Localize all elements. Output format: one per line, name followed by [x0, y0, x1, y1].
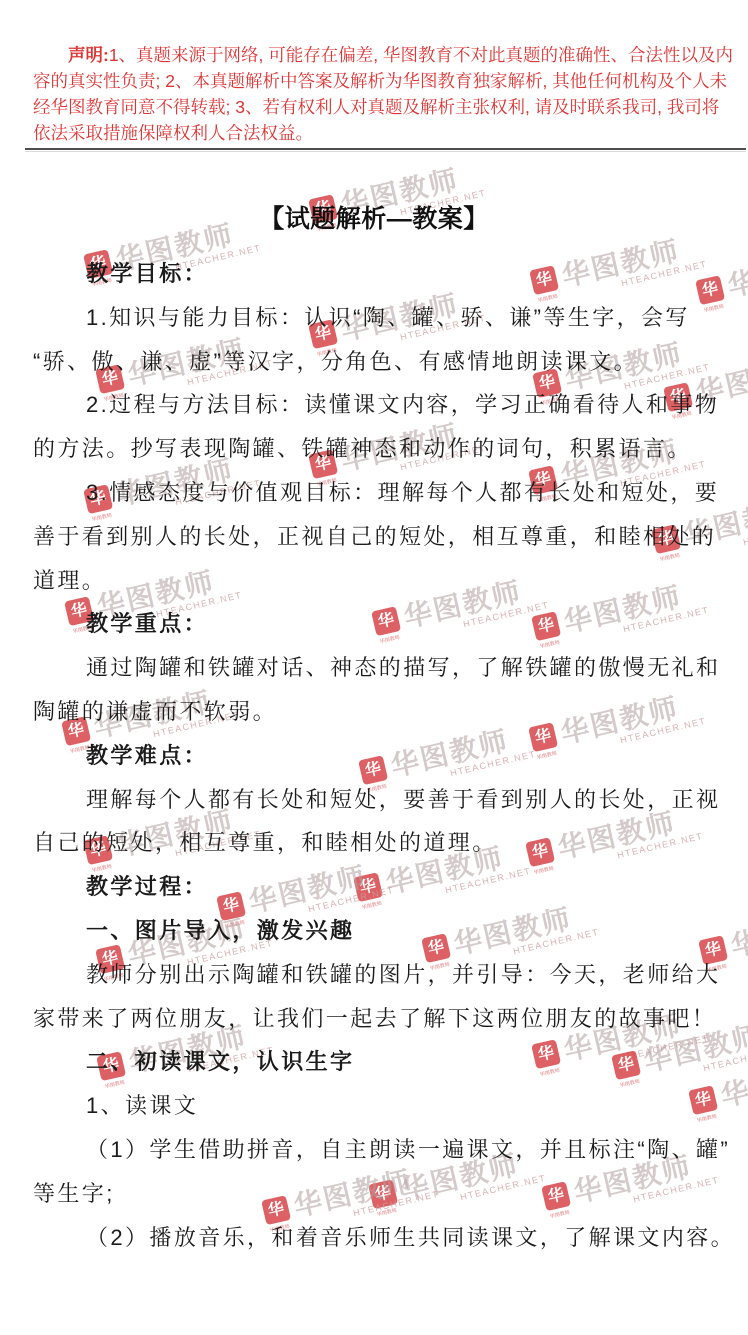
document-page: 华华图教师华图教师HTEACHER.NET华华图教师华图教师HTEACHER.N…: [0, 0, 748, 1335]
section-heading-line: 教学目标：: [33, 252, 748, 296]
document-content: 声明:1、真题来源于网络, 可能存在偏差, 华图教育不对此真题的准确性、合法性以…: [0, 42, 748, 1259]
body-text-line: 自己的短处，相互尊重，和睦相处的道理。: [33, 821, 748, 865]
body-text-line: （1）学生借助拼音，自主朗读一遍课文，并且标注“陶、罐”: [33, 1128, 748, 1172]
disclaimer-text: 1、真题来源于网络, 可能存在偏差, 华图教育不对此真题的准确性、合法性以及内: [109, 45, 733, 65]
body-text-line: 1.知识与能力目标：认识“陶、罐、骄、谦”等生字，会写: [33, 296, 748, 340]
disclaimer-line: 容的真实性负责; 2、本真题解析中答案及解析为华图教育独家解析, 其他任何机构及…: [33, 68, 744, 94]
body-text-line: 3.情感态度与价值观目标：理解每个人都有长处和短处，要: [33, 471, 748, 515]
body-text-line: 等生字;: [33, 1172, 748, 1216]
header-divider: [25, 148, 746, 152]
page-title: 【试题解析—教案】: [0, 203, 748, 235]
body-text-line: （2）播放音乐，和着音乐师生共同读课文，了解课文内容。: [33, 1216, 748, 1260]
section-heading-line: 二、初读课文，认识生字: [33, 1040, 748, 1084]
body-text-line: 教师分别出示陶罐和铁罐的图片，并引导：今天，老师给大: [33, 953, 748, 997]
disclaimer-line: 经华图教育同意不得转载; 3、若有权利人对真题及解析主张权利, 请及时联系我司,…: [33, 94, 744, 120]
body-text-line: 道理。: [33, 559, 748, 603]
body-text-line: 理解每个人都有长处和短处，要善于看到别人的长处，正视: [33, 778, 748, 822]
section-heading-line: 教学难点：: [33, 734, 748, 778]
disclaimer-notice: 声明:1、真题来源于网络, 可能存在偏差, 华图教育不对此真题的准确性、合法性以…: [33, 42, 744, 146]
body-text-line: 1、读课文: [33, 1084, 748, 1128]
disclaimer-line: 依法采取措施保障权利人合法权益。: [33, 120, 744, 146]
section-heading-line: 教学重点：: [33, 602, 748, 646]
lesson-plan-body: 教学目标：1.知识与能力目标：认识“陶、罐、骄、谦”等生字，会写“骄、傲、谦、虚…: [0, 252, 748, 1259]
body-text-line: 通过陶罐和铁罐对话、神态的描写，了解铁罐的傲慢无礼和: [33, 646, 748, 690]
disclaimer-label: 声明:: [68, 45, 109, 65]
body-text-line: 善于看到别人的长处，正视自己的短处，相互尊重，和睦相处的: [33, 515, 748, 559]
body-text-line: 陶罐的谦虚而不软弱。: [33, 690, 748, 734]
body-text-line: “骄、傲、谦、虚”等汉字，分角色、有感情地朗读课文。: [33, 340, 748, 384]
section-heading-line: 教学过程：: [33, 865, 748, 909]
body-text-line: 的方法。抄写表现陶罐、铁罐神态和动作的词句，积累语言。: [33, 427, 748, 471]
body-text-line: 家带来了两位朋友，让我们一起去了解下这两位朋友的故事吧！: [33, 997, 748, 1041]
section-heading-line: 一、图片导入，激发兴趣: [33, 909, 748, 953]
body-text-line: 2.过程与方法目标：读懂课文内容，学习正确看待人和事物: [33, 383, 748, 427]
disclaimer-line: 声明:1、真题来源于网络, 可能存在偏差, 华图教育不对此真题的准确性、合法性以…: [33, 42, 744, 68]
